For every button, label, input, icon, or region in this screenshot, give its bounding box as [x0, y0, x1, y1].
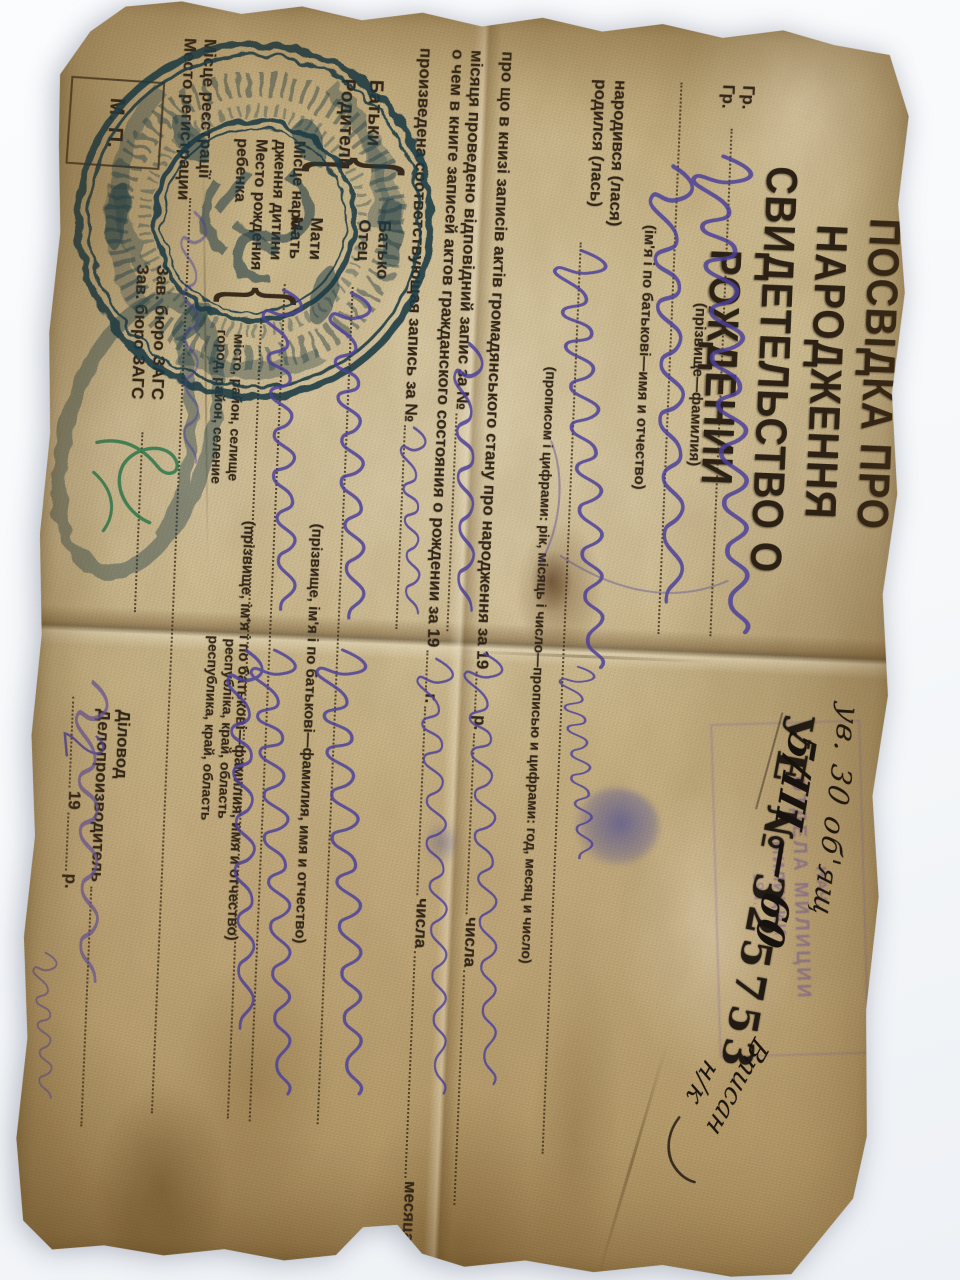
dotted-blank [425, 650, 429, 690]
certificate-document: ПОСВІДКА ПРО НАРОДЖЕННЯ СВИДЕТЕЛЬСТВО О … [9, 0, 921, 1280]
dotted-blank [65, 812, 69, 870]
label-father-ru: Отец [352, 219, 375, 279]
dotted-blank [466, 733, 476, 914]
record-ua-day: числа [459, 917, 481, 968]
citizen-label: Гр. Гр. [717, 84, 758, 110]
record-ru-year-suffix: г. [420, 693, 440, 704]
city-caption: місто, район, селище город, район, селен… [208, 329, 247, 485]
issue-date-year: 19 [64, 790, 85, 810]
born-label: народився (лася) родился (лась) [584, 79, 630, 227]
certificate-title: ПОСВІДКА ПРО НАРОДЖЕННЯ СВИДЕТЕЛЬСТВО О … [682, 82, 916, 660]
seal-place-label: М. П. [102, 97, 129, 149]
label-father-ua: Батько [372, 220, 395, 280]
record-ua-year-suffix: р. [469, 715, 490, 731]
registration-label: Місце реєстрації Место регистрации [173, 38, 220, 202]
dotted-blank [474, 672, 478, 712]
seal-place-box: М. П. [65, 76, 165, 170]
dotted-blank [68, 697, 74, 788]
birth-certificate-photo: ПОСВІДКА ПРО НАРОДЖЕННЯ СВИДЕТЕЛЬСТВО О … [0, 0, 960, 1280]
record-ru-day: числа [410, 898, 432, 949]
label-gr-ua: Гр. [737, 85, 758, 110]
record-ru-month: месяца [398, 1180, 421, 1242]
certificate-paper: ПОСВІДКА ПРО НАРОДЖЕННЯ СВИДЕТЕЛЬСТВО О … [9, 0, 921, 1280]
label-mother-ua: Мати [305, 217, 327, 260]
issue-date-suffix: р. [60, 873, 81, 889]
clerk-label: Діловод Делопроизводитель [86, 709, 133, 884]
label-gr-ru: Гр. [717, 84, 738, 109]
birthplace-label: Місце наро- дження дитини Место рождения… [227, 138, 308, 272]
zags-signature-label: Зав. бюро ЗАГС Зав. бюро ЗАГС [127, 264, 173, 401]
father-label: Батько Отец [352, 219, 395, 280]
